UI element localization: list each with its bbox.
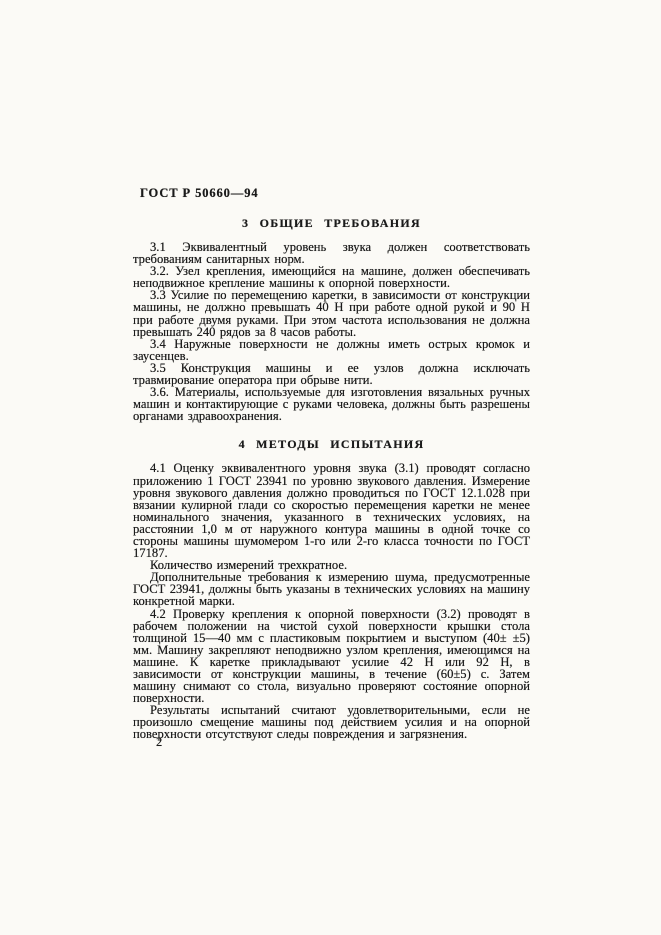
clause-3-3: 3.3 Усилие по перемещению каретки, в зав… — [133, 289, 530, 337]
clause-4-1: 4.1 Оценку эквивалентного уровня звука (… — [133, 462, 530, 559]
document-code-header: ГОСТ Р 50660—94 — [133, 186, 530, 201]
clause-3-6: 3.6. Материалы, используемые для изготов… — [133, 386, 530, 422]
page-number: 2 — [156, 735, 162, 750]
section-heading-general-requirements: 3 ОБЩИЕ ТРЕБОВАНИЯ — [133, 216, 530, 231]
clause-3-1: 3.1 Эквивалентный уровень звука должен с… — [133, 241, 530, 265]
clause-4-1-note-additional: Дополнительные требования к измерению шу… — [133, 571, 530, 607]
clause-4-2-results: Результаты испытаний считают удовлетвори… — [133, 704, 530, 740]
clause-4-2: 4.2 Проверку крепления к опорной поверхн… — [133, 608, 530, 705]
section-heading-test-methods: 4 МЕТОДЫ ИСПЫТАНИЯ — [133, 437, 530, 452]
clause-3-2: 3.2. Узел крепления, имеющийся на машине… — [133, 265, 530, 289]
section-general-requirements: 3 ОБЩИЕ ТРЕБОВАНИЯ 3.1 Эквивалентный уро… — [133, 216, 530, 422]
clause-3-5: 3.5 Конструкция машины и ее узлов должна… — [133, 362, 530, 386]
document-page: ГОСТ Р 50660—94 3 ОБЩИЕ ТРЕБОВАНИЯ 3.1 Э… — [133, 186, 530, 741]
section-test-methods: 4 МЕТОДЫ ИСПЫТАНИЯ 4.1 Оценку эквивалент… — [133, 437, 530, 740]
clause-3-4: 3.4 Наружные поверхности не должны иметь… — [133, 338, 530, 362]
